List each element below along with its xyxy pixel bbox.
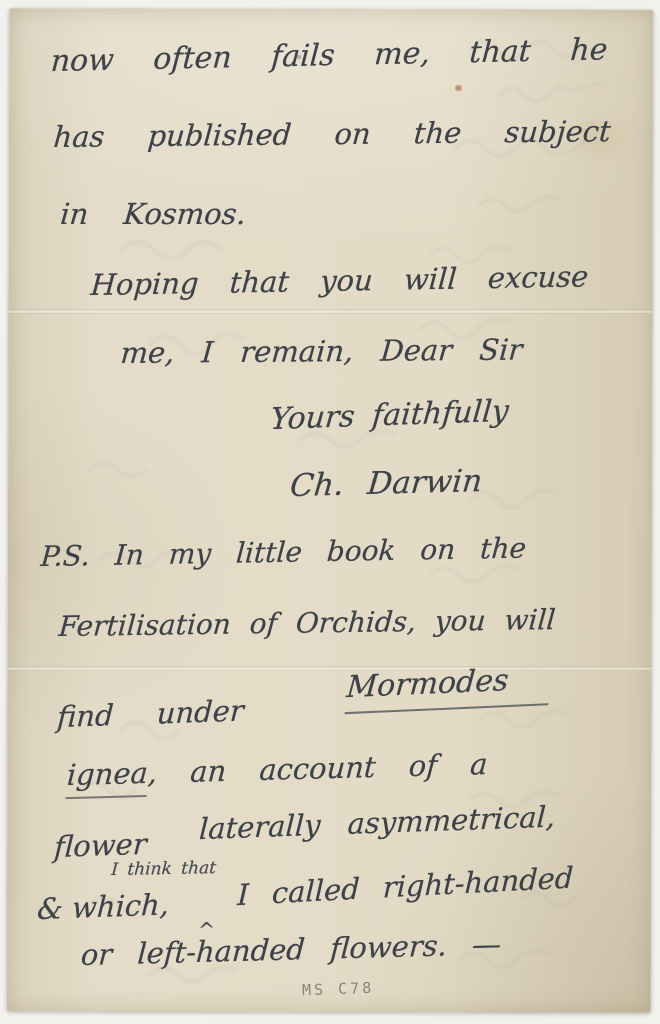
scanned-letter-page: { "document": { "kind": "handwritten-let… xyxy=(0,0,660,1024)
fold-crease-lower xyxy=(8,666,652,671)
postscript-line-6a: & which, xyxy=(36,887,170,926)
letter-line-5: me, I remain, Dear Sir xyxy=(119,332,523,370)
foxing-stain xyxy=(455,85,462,91)
archival-mark: MS C78 xyxy=(302,979,375,1000)
letter-line-3: in Kosmos. xyxy=(59,197,247,231)
signature: Ch. Darwin xyxy=(289,463,484,504)
postscript-line-3: find under xyxy=(56,693,244,734)
postscript-line-2: Fertilisation of Orchids, you will xyxy=(58,603,557,643)
letter-line-2: has published on the subject xyxy=(52,114,612,154)
postscript-line-5a: flower xyxy=(53,827,147,864)
species-name-underlined: ignea xyxy=(65,756,148,799)
genus-name-underlined: Mormodes xyxy=(345,661,552,714)
interlinear-insertion: I think that xyxy=(111,858,217,880)
fold-crease-upper xyxy=(8,309,652,314)
